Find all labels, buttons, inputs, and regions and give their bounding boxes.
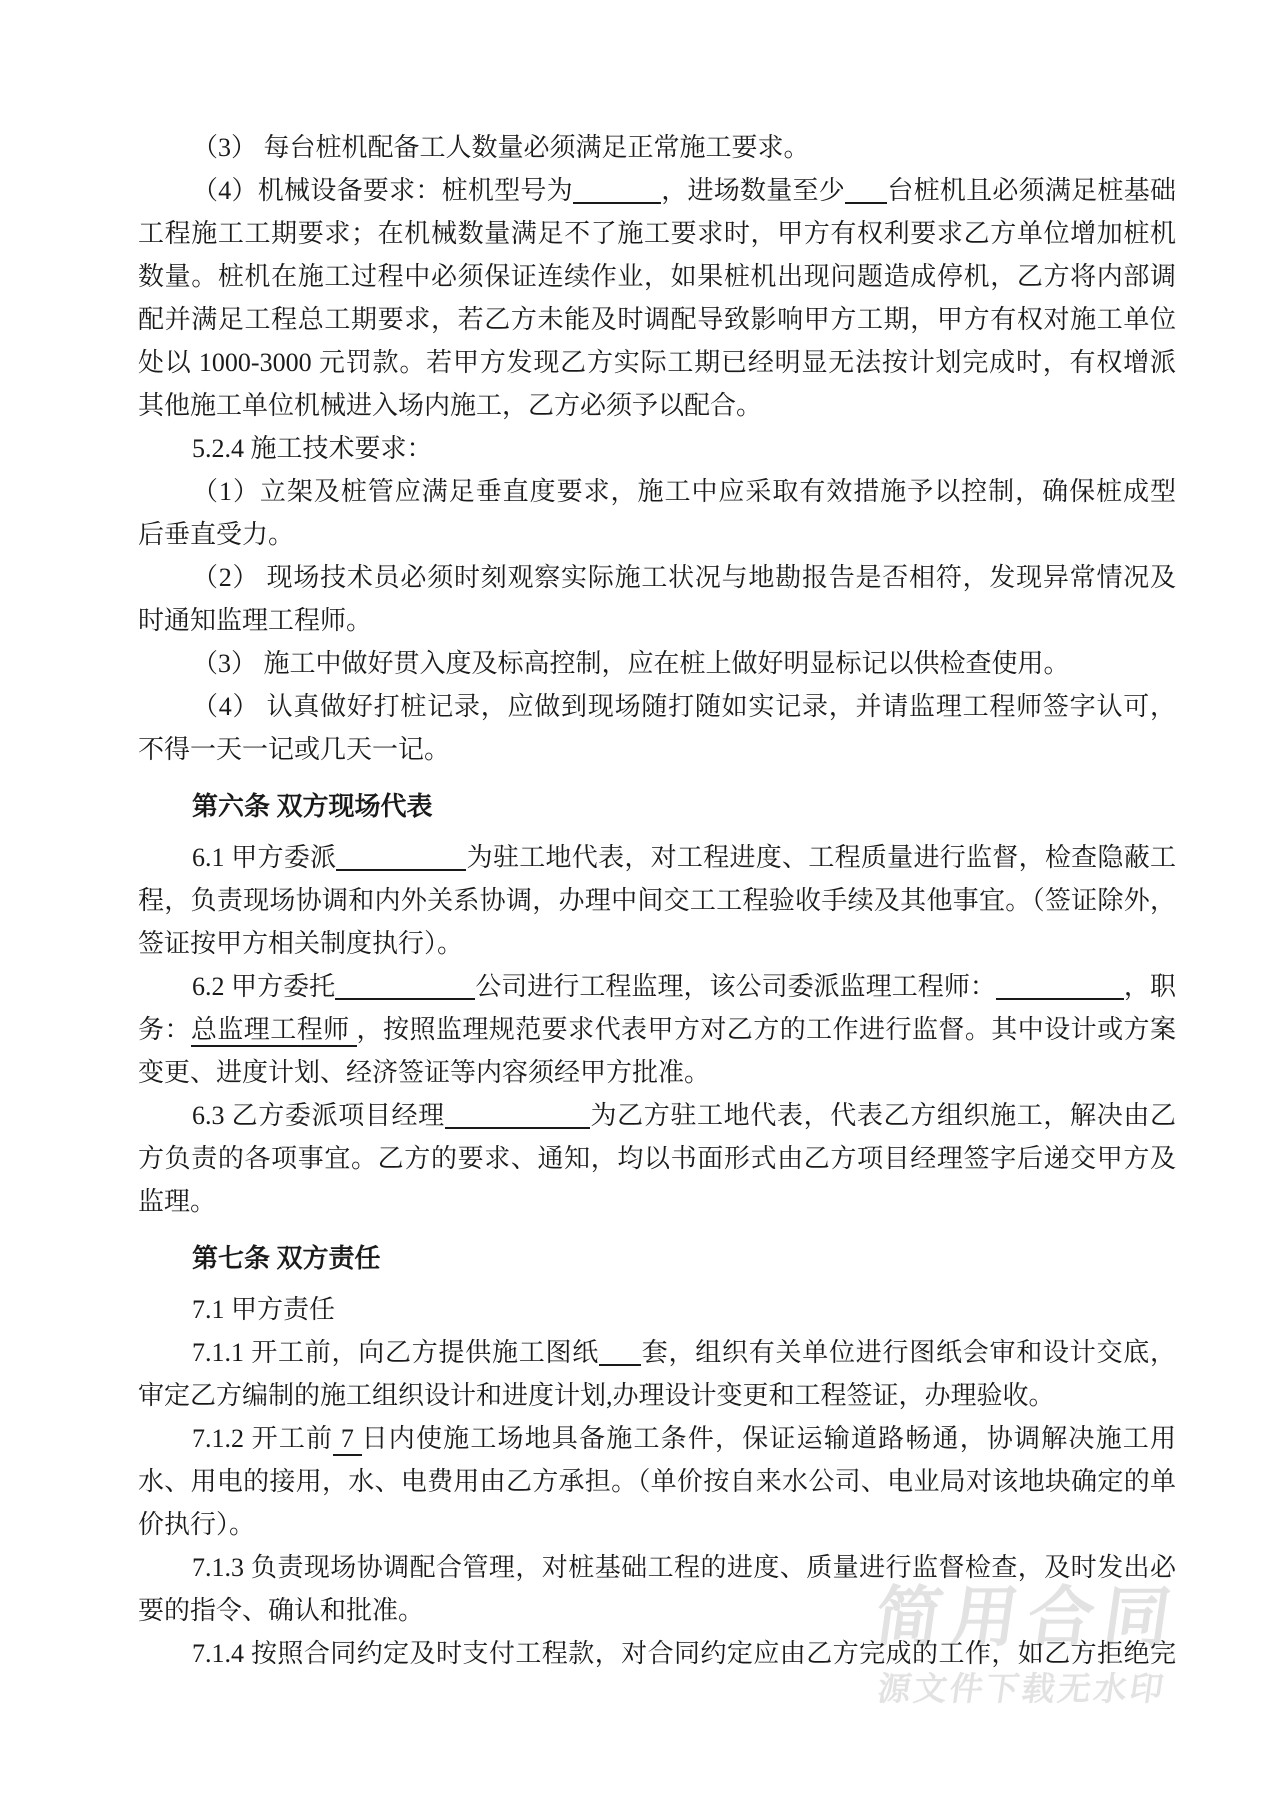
text-line: 第六条 双方现场代表 bbox=[138, 785, 1176, 828]
text-segment: 台桩机且必须满足桩基础 bbox=[887, 176, 1176, 205]
text-line: 7.1.2 开工前 7 日内使施工场地具备施工条件，保证运输道路畅通，协调解决施… bbox=[138, 1417, 1176, 1460]
text-line: 变更、进度计划、经济签证等内容须经甲方批准。 bbox=[138, 1051, 1176, 1094]
text-segment: 7.1.4 按照合同约定及时支付工程款，对合同约定应由乙方完成的工作，如乙方拒绝… bbox=[192, 1639, 1176, 1668]
section-heading: 第六条 双方现场代表 bbox=[138, 785, 1176, 828]
text-line: 务：总监理工程师 ，按照监理规范要求代表甲方对乙方的工作进行监督。其中设计或方案 bbox=[138, 1008, 1176, 1051]
text-segment: 处以 1000-3000 元罚款。若甲方发现乙方实际工期已经明显无法按计划完成时… bbox=[138, 348, 1176, 377]
text-line: 工程施工工期要求；在机械数量满足不了施工要求时，甲方有权利要求乙方单位增加桩机 bbox=[138, 212, 1176, 255]
text-line: 后垂直受力。 bbox=[138, 513, 1176, 556]
text-segment: 价执行）。 bbox=[138, 1510, 255, 1539]
text-segment: 审定乙方编制的施工组织设计和进度计划,办理设计变更和工程签证，办理验收。 bbox=[138, 1381, 1055, 1410]
text-segment: 套，组织有关单位进行图纸会审和设计交底， bbox=[641, 1338, 1176, 1367]
text-segment: 时通知监理工程师。 bbox=[138, 606, 372, 635]
text-line: 7.1.4 按照合同约定及时支付工程款，对合同约定应由乙方完成的工作，如乙方拒绝… bbox=[138, 1632, 1176, 1675]
text-line: 7.1.3 负责现场协调配合管理，对桩基础工程的进度、质量进行监督检查，及时发出… bbox=[138, 1546, 1176, 1589]
text-segment: 水、用电的接用，水、电费用由乙方承担。（单价按自来水公司、电业局对该地块确定的单 bbox=[138, 1467, 1176, 1496]
text-segment: 6.3 乙方委派项目经理 bbox=[192, 1101, 445, 1130]
blank-fill-in-field bbox=[845, 192, 887, 204]
text-segment: （3） 每台桩机配备工人数量必须满足正常施工要求。 bbox=[192, 133, 810, 162]
text-line: 方负责的各项事宜。乙方的要求、通知，均以书面形式由乙方项目经理签字后递交甲方及 bbox=[138, 1137, 1176, 1180]
text-line: （3） 每台桩机配备工人数量必须满足正常施工要求。 bbox=[138, 126, 1176, 169]
paragraph: 6.2 甲方委托公司进行工程监理，该公司委派监理工程师：，职务：总监理工程师 ，… bbox=[138, 965, 1176, 1094]
text-segment: ，按照监理规范要求代表甲方对乙方的工作进行监督。其中设计或方案 bbox=[357, 1015, 1176, 1044]
text-segment: （3） 施工中做好贯入度及标高控制，应在桩上做好明显标记以供检查使用。 bbox=[192, 649, 1070, 678]
text-line: 数量。桩机在施工过程中必须保证连续作业，如果桩机出现问题造成停机，乙方将内部调 bbox=[138, 255, 1176, 298]
text-segment: 不得一天一记或几天一记。 bbox=[138, 735, 450, 764]
paragraph: （2） 现场技术员必须时刻观察实际施工状况与地勘报告是否相符，发现异常情况及时通… bbox=[138, 556, 1176, 642]
text-line: 水、用电的接用，水、电费用由乙方承担。（单价按自来水公司、电业局对该地块确定的单 bbox=[138, 1460, 1176, 1503]
paragraph: 7.1.3 负责现场协调配合管理，对桩基础工程的进度、质量进行监督检查，及时发出… bbox=[138, 1546, 1176, 1632]
document-page: 简用合同 源文件下载无水印 （3） 每台桩机配备工人数量必须满足正常施工要求。（… bbox=[0, 0, 1280, 1810]
text-line: 价执行）。 bbox=[138, 1503, 1176, 1546]
text-line: 程，负责现场协调和内外关系协调，办理中间交工工程验收手续及其他事宜。（签证除外， bbox=[138, 879, 1176, 922]
text-line: （4） 认真做好打桩记录，应做到现场随打随如实记录，并请监理工程师签字认可， bbox=[138, 685, 1176, 728]
text-segment: 后垂直受力。 bbox=[138, 520, 294, 549]
text-segment: 监理。 bbox=[138, 1187, 216, 1216]
text-segment: （4）机械设备要求：桩机型号为 bbox=[192, 176, 573, 205]
text-segment: 第六条 双方现场代表 bbox=[192, 792, 433, 821]
text-segment: ，进场数量至少 bbox=[661, 176, 845, 205]
text-line: （3） 施工中做好贯入度及标高控制，应在桩上做好明显标记以供检查使用。 bbox=[138, 642, 1176, 685]
text-line: 要的指令、确认和批准。 bbox=[138, 1589, 1176, 1632]
text-segment: （1）立架及桩管应满足垂直度要求，施工中应采取有效措施予以控制，确保桩成型 bbox=[192, 477, 1176, 506]
paragraph: 7.1.1 开工前，向乙方提供施工图纸套，组织有关单位进行图纸会审和设计交底，审… bbox=[138, 1331, 1176, 1417]
text-segment: 数量。桩机在施工过程中必须保证连续作业，如果桩机出现问题造成停机，乙方将内部调 bbox=[138, 262, 1176, 291]
text-segment: 方负责的各项事宜。乙方的要求、通知，均以书面形式由乙方项目经理签字后递交甲方及 bbox=[138, 1144, 1176, 1173]
text-line: 配并满足工程总工期要求，若乙方未能及时调配导致影响甲方工期，甲方有权对施工单位 bbox=[138, 298, 1176, 341]
text-segment: 其他施工单位机械进入场内施工，乙方必须予以配合。 bbox=[138, 391, 762, 420]
text-segment: 签证按甲方相关制度执行）。 bbox=[138, 929, 463, 958]
text-segment: ，职 bbox=[1124, 972, 1176, 1001]
text-segment: 7.1.2 开工前 bbox=[192, 1424, 333, 1453]
text-segment: 要的指令、确认和批准。 bbox=[138, 1596, 424, 1625]
paragraph: （4） 认真做好打桩记录，应做到现场随打随如实记录，并请监理工程师签字认可，不得… bbox=[138, 685, 1176, 771]
text-segment: 第七条 双方责任 bbox=[192, 1244, 381, 1273]
text-line: （2） 现场技术员必须时刻观察实际施工状况与地勘报告是否相符，发现异常情况及 bbox=[138, 556, 1176, 599]
blank-fill-in-field bbox=[996, 988, 1124, 1000]
paragraph: 7.1 甲方责任 bbox=[138, 1288, 1176, 1331]
text-line: （1）立架及桩管应满足垂直度要求，施工中应采取有效措施予以控制，确保桩成型 bbox=[138, 470, 1176, 513]
text-segment: 务： bbox=[138, 1015, 191, 1044]
text-line: 7.1.1 开工前，向乙方提供施工图纸套，组织有关单位进行图纸会审和设计交底， bbox=[138, 1331, 1176, 1374]
paragraph: （3） 施工中做好贯入度及标高控制，应在桩上做好明显标记以供检查使用。 bbox=[138, 642, 1176, 685]
text-line: （4）机械设备要求：桩机型号为，进场数量至少台桩机且必须满足桩基础 bbox=[138, 169, 1176, 212]
text-line: 6.3 乙方委派项目经理为乙方驻工地代表，代表乙方组织施工，解决由乙 bbox=[138, 1094, 1176, 1137]
text-line: 审定乙方编制的施工组织设计和进度计划,办理设计变更和工程签证，办理验收。 bbox=[138, 1374, 1176, 1417]
text-segment: 6.1 甲方委派 bbox=[192, 843, 336, 872]
text-line: 5.2.4 施工技术要求： bbox=[138, 427, 1176, 470]
paragraph: （1）立架及桩管应满足垂直度要求，施工中应采取有效措施予以控制，确保桩成型后垂直… bbox=[138, 470, 1176, 556]
text-segment: 5.2.4 施工技术要求： bbox=[192, 434, 433, 463]
text-segment: 公司进行工程监理，该公司委派监理工程师： bbox=[475, 972, 996, 1001]
underlined-text: 7 bbox=[333, 1424, 361, 1456]
text-segment: （4） 认真做好打桩记录，应做到现场随打随如实记录，并请监理工程师签字认可， bbox=[192, 692, 1176, 721]
text-segment: 日内使施工场地具备施工条件，保证运输道路畅通，协调解决施工用 bbox=[362, 1424, 1176, 1453]
text-segment: 配并满足工程总工期要求，若乙方未能及时调配导致影响甲方工期，甲方有权对施工单位 bbox=[138, 305, 1176, 334]
text-segment: （2） 现场技术员必须时刻观察实际施工状况与地勘报告是否相符，发现异常情况及 bbox=[192, 563, 1176, 592]
blank-fill-in-field bbox=[336, 859, 466, 871]
text-segment: 程，负责现场协调和内外关系协调，办理中间交工工程验收手续及其他事宜。（签证除外， bbox=[138, 886, 1176, 915]
blank-fill-in-field bbox=[335, 988, 475, 1000]
text-line: 时通知监理工程师。 bbox=[138, 599, 1176, 642]
text-segment: 7.1 甲方责任 bbox=[192, 1295, 335, 1324]
text-line: 不得一天一记或几天一记。 bbox=[138, 728, 1176, 771]
paragraph: 7.1.2 开工前 7 日内使施工场地具备施工条件，保证运输道路畅通，协调解决施… bbox=[138, 1417, 1176, 1546]
text-segment: 6.2 甲方委托 bbox=[192, 972, 335, 1001]
text-line: 第七条 双方责任 bbox=[138, 1237, 1176, 1280]
contract-body: （3） 每台桩机配备工人数量必须满足正常施工要求。（4）机械设备要求：桩机型号为… bbox=[138, 126, 1176, 1675]
paragraph: 7.1.4 按照合同约定及时支付工程款，对合同约定应由乙方完成的工作，如乙方拒绝… bbox=[138, 1632, 1176, 1675]
text-line: 处以 1000-3000 元罚款。若甲方发现乙方实际工期已经明显无法按计划完成时… bbox=[138, 341, 1176, 384]
watermark-small-text: 源文件下载无水印 bbox=[876, 1672, 1169, 1705]
text-segment: 为乙方驻工地代表，代表乙方组织施工，解决由乙 bbox=[590, 1101, 1176, 1130]
text-line: 监理。 bbox=[138, 1180, 1176, 1223]
text-line: 6.2 甲方委托公司进行工程监理，该公司委派监理工程师：，职 bbox=[138, 965, 1176, 1008]
text-segment: 为驻工地代表，对工程进度、工程质量进行监督，检查隐蔽工 bbox=[466, 843, 1176, 872]
text-line: 其他施工单位机械进入场内施工，乙方必须予以配合。 bbox=[138, 384, 1176, 427]
blank-fill-in-field bbox=[573, 192, 661, 204]
paragraph: （3） 每台桩机配备工人数量必须满足正常施工要求。 bbox=[138, 126, 1176, 169]
underlined-text: 总监理工程师 bbox=[191, 1015, 357, 1047]
paragraph: 5.2.4 施工技术要求： bbox=[138, 427, 1176, 470]
blank-fill-in-field bbox=[445, 1117, 590, 1129]
text-segment: 7.1.1 开工前，向乙方提供施工图纸 bbox=[192, 1338, 599, 1367]
paragraph: （4）机械设备要求：桩机型号为，进场数量至少台桩机且必须满足桩基础工程施工工期要… bbox=[138, 169, 1176, 427]
section-heading: 第七条 双方责任 bbox=[138, 1237, 1176, 1280]
text-line: 7.1 甲方责任 bbox=[138, 1288, 1176, 1331]
text-line: 签证按甲方相关制度执行）。 bbox=[138, 922, 1176, 965]
paragraph: 6.3 乙方委派项目经理为乙方驻工地代表，代表乙方组织施工，解决由乙方负责的各项… bbox=[138, 1094, 1176, 1223]
paragraph: 6.1 甲方委派为驻工地代表，对工程进度、工程质量进行监督，检查隐蔽工程，负责现… bbox=[138, 836, 1176, 965]
text-segment: 7.1.3 负责现场协调配合管理，对桩基础工程的进度、质量进行监督检查，及时发出… bbox=[192, 1553, 1176, 1582]
text-segment: 变更、进度计划、经济签证等内容须经甲方批准。 bbox=[138, 1058, 710, 1087]
blank-fill-in-field bbox=[599, 1354, 641, 1366]
text-segment: 工程施工工期要求；在机械数量满足不了施工要求时，甲方有权利要求乙方单位增加桩机 bbox=[138, 219, 1176, 248]
text-line: 6.1 甲方委派为驻工地代表，对工程进度、工程质量进行监督，检查隐蔽工 bbox=[138, 836, 1176, 879]
